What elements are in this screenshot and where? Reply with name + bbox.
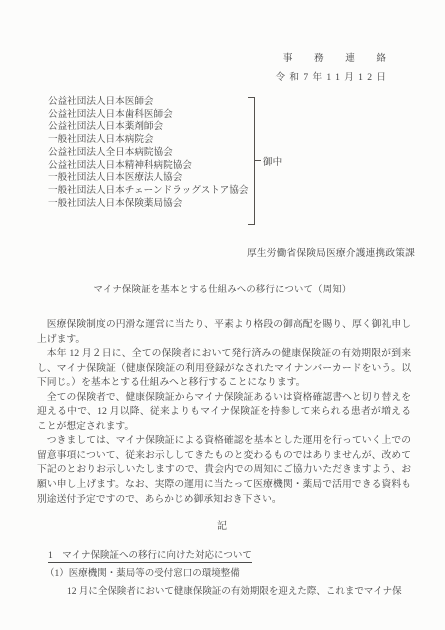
recipient-line: 公益社団法人全日本病院協会 [48, 147, 248, 160]
recipient-line: 一般社団法人日本医療法人協会 [48, 172, 248, 185]
document-page: 事務連絡 令和7年11月12日 公益社団法人日本医師会 公益社団法人日本歯科医師… [0, 0, 445, 630]
document-header: 事務連絡 令和7年11月12日 [0, 49, 386, 87]
addressee-bracket [248, 97, 255, 225]
section-body-line: 12 月に全保険者において健康保険証の有効期限を迎えた際、これまでマイナ保 [38, 583, 402, 601]
body-paragraph: つきましては、マイナ保険証による資格確認を基本とした運用を行っていく上での留意事… [37, 434, 411, 507]
addressee-bracket-tick [255, 160, 261, 161]
recipient-line: 公益社団法人日本精神科病院協会 [48, 160, 248, 173]
section-heading: 1 マイナ保険証への移行に向けた対応について [38, 547, 402, 565]
addressee-suffix: 御中 [263, 154, 282, 168]
recipient-line: 公益社団法人日本医師会 [48, 96, 248, 109]
recipient-line: 一般社団法人日本チェーンドラッグストア協会 [48, 185, 248, 198]
doc-date: 令和7年11月12日 [0, 68, 386, 87]
body-paragraph: 医療保険制度の円滑な運営に当たり、平素より格段の御高配を賜り、厚く御礼申し上げま… [37, 318, 411, 347]
doc-type-text: 事務連絡 [283, 53, 408, 64]
recipient-line: 公益社団法人日本歯科医師会 [48, 109, 248, 122]
section-subheading: （1）医療機関・薬局等の受付窓口の環境整備 [38, 565, 402, 583]
doc-date-text: 令和7年11月12日 [276, 72, 391, 83]
body-text: 医療保険制度の円滑な運営に当たり、平素より格段の御高配を賜り、厚く御礼申し上げま… [37, 318, 411, 507]
section-1: 1 マイナ保険証への移行に向けた対応について （1）医療機関・薬局等の受付窓口の… [38, 547, 402, 602]
recipient-line: 公益社団法人日本薬剤師会 [48, 121, 248, 134]
section-heading-text: 1 マイナ保険証への移行に向けた対応について [48, 551, 252, 563]
body-paragraph: 本年 12 月２日に、全ての保険者において発行済みの健康保険証の有効期限が到来し… [37, 347, 411, 391]
body-paragraph: 全ての保険者で、健康保険証からマイナ保険証あるいは資格確認書へと切り替えを迎える… [37, 391, 411, 435]
doc-type-label: 事務連絡 [0, 49, 386, 68]
sender-line: 厚生労働省保険局医療介護連携政策課 [0, 245, 415, 259]
document-title: マイナ保険証を基本とする仕組みへの移行について（周知） [0, 281, 445, 295]
ki-marker: 記 [0, 517, 445, 532]
recipient-line: 一般社団法人日本病院会 [48, 134, 248, 147]
recipient-line: 一般社団法人日本保険薬局協会 [48, 198, 248, 211]
recipient-list: 公益社団法人日本医師会 公益社団法人日本歯科医師会 公益社団法人日本薬剤師会 一… [48, 96, 248, 210]
